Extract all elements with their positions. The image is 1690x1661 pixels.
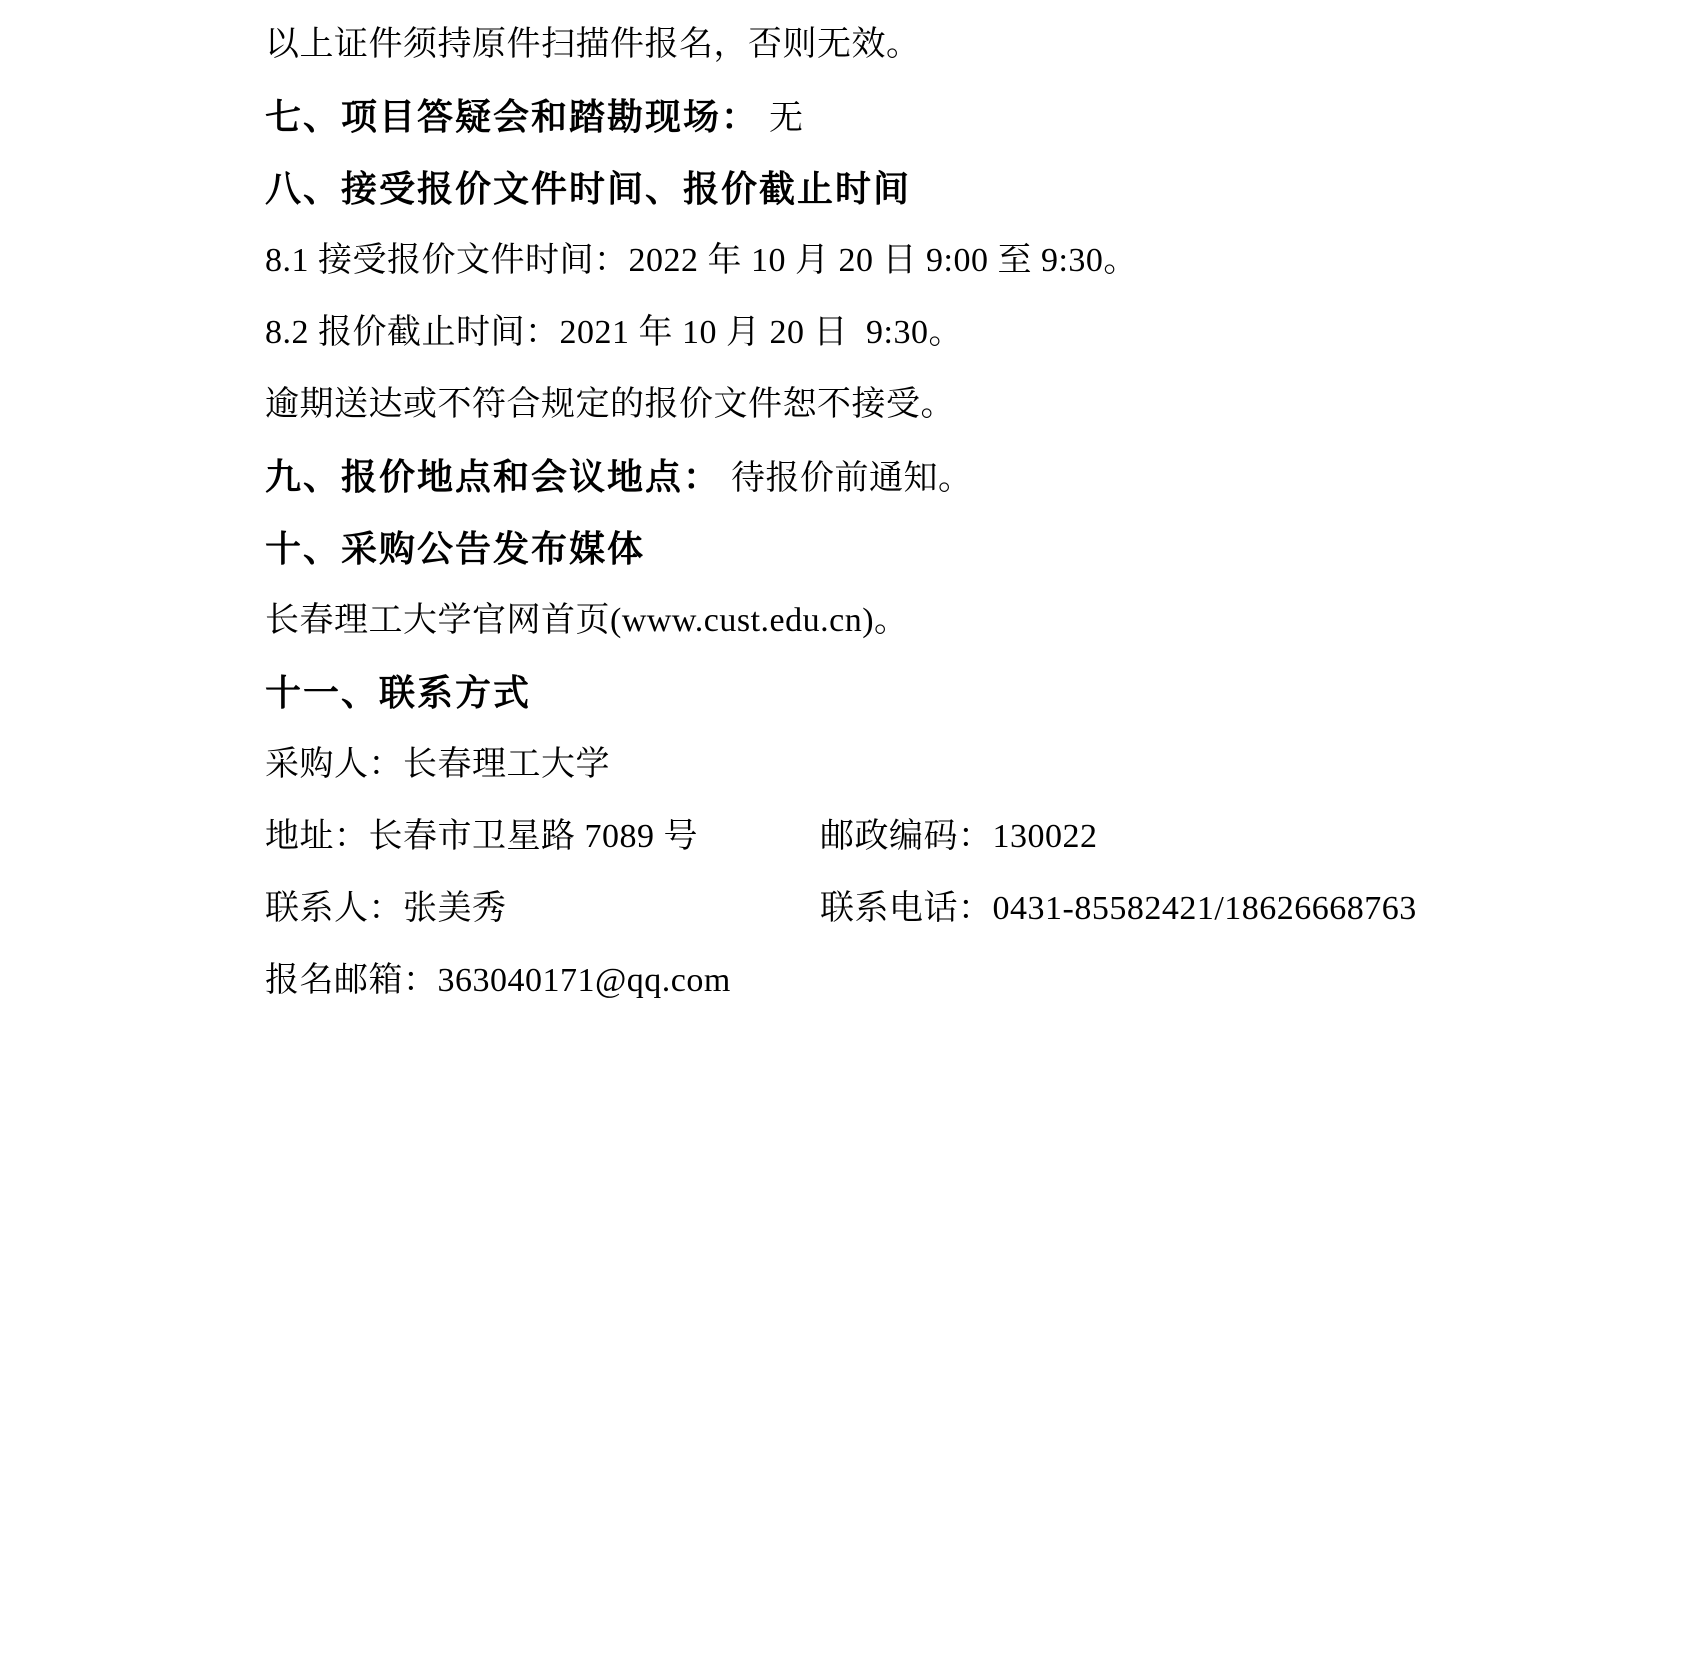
- section-9-value: 待报价前通知。: [731, 460, 973, 497]
- paragraph-address-postcode: 地址：长春市卫星路 7089 号邮政编码：130022: [265, 801, 1645, 873]
- document-content: 以上证件须持原件扫描件报名，否则无效。 七、项目答疑会和踏勘现场：无 八、接受报…: [265, 9, 1645, 1017]
- section-7-value: 无: [769, 100, 804, 137]
- paragraph-late-delivery-note: 逾期送达或不符合规定的报价文件恕不接受。: [265, 369, 1645, 441]
- section-7-title: 七、项目答疑会和踏勘现场：: [265, 96, 759, 137]
- section-10-heading: 十、采购公告发布媒体: [265, 513, 1645, 585]
- contact-person-text: 联系人：张美秀: [265, 873, 820, 945]
- contact-phone-text: 联系电话：0431-85582421/18626668763: [820, 890, 1417, 927]
- postcode-text: 邮政编码：130022: [820, 818, 1098, 855]
- section-9-title: 九、报价地点和会议地点：: [265, 456, 721, 497]
- paragraph-announcement-website: 长春理工大学官网首页(www.cust.edu.cn)。: [265, 585, 1645, 657]
- document-page: 以上证件须持原件扫描件报名，否则无效。 七、项目答疑会和踏勘现场：无 八、接受报…: [0, 0, 1690, 1661]
- section-8-heading: 八、接受报价文件时间、报价截止时间: [265, 153, 1645, 225]
- paragraph-contact-phone: 联系人：张美秀联系电话：0431-85582421/18626668763: [265, 873, 1645, 945]
- section-9-heading: 九、报价地点和会议地点：待报价前通知。: [265, 441, 1645, 513]
- address-text: 地址：长春市卫星路 7089 号: [265, 801, 820, 873]
- paragraph-8-1-accept-time: 8.1 接受报价文件时间：2022 年 10 月 20 日 9:00 至 9:3…: [265, 225, 1645, 297]
- section-11-heading: 十一、联系方式: [265, 657, 1645, 729]
- section-7-heading: 七、项目答疑会和踏勘现场：无: [265, 81, 1645, 153]
- paragraph-registration-email: 报名邮箱：363040171@qq.com: [265, 945, 1645, 1017]
- paragraph-8-2-deadline: 8.2 报价截止时间：2021 年 10 月 20 日 9:30。: [265, 297, 1645, 369]
- paragraph-certificates-note: 以上证件须持原件扫描件报名，否则无效。: [265, 9, 1645, 81]
- paragraph-purchaser: 采购人：长春理工大学: [265, 729, 1645, 801]
